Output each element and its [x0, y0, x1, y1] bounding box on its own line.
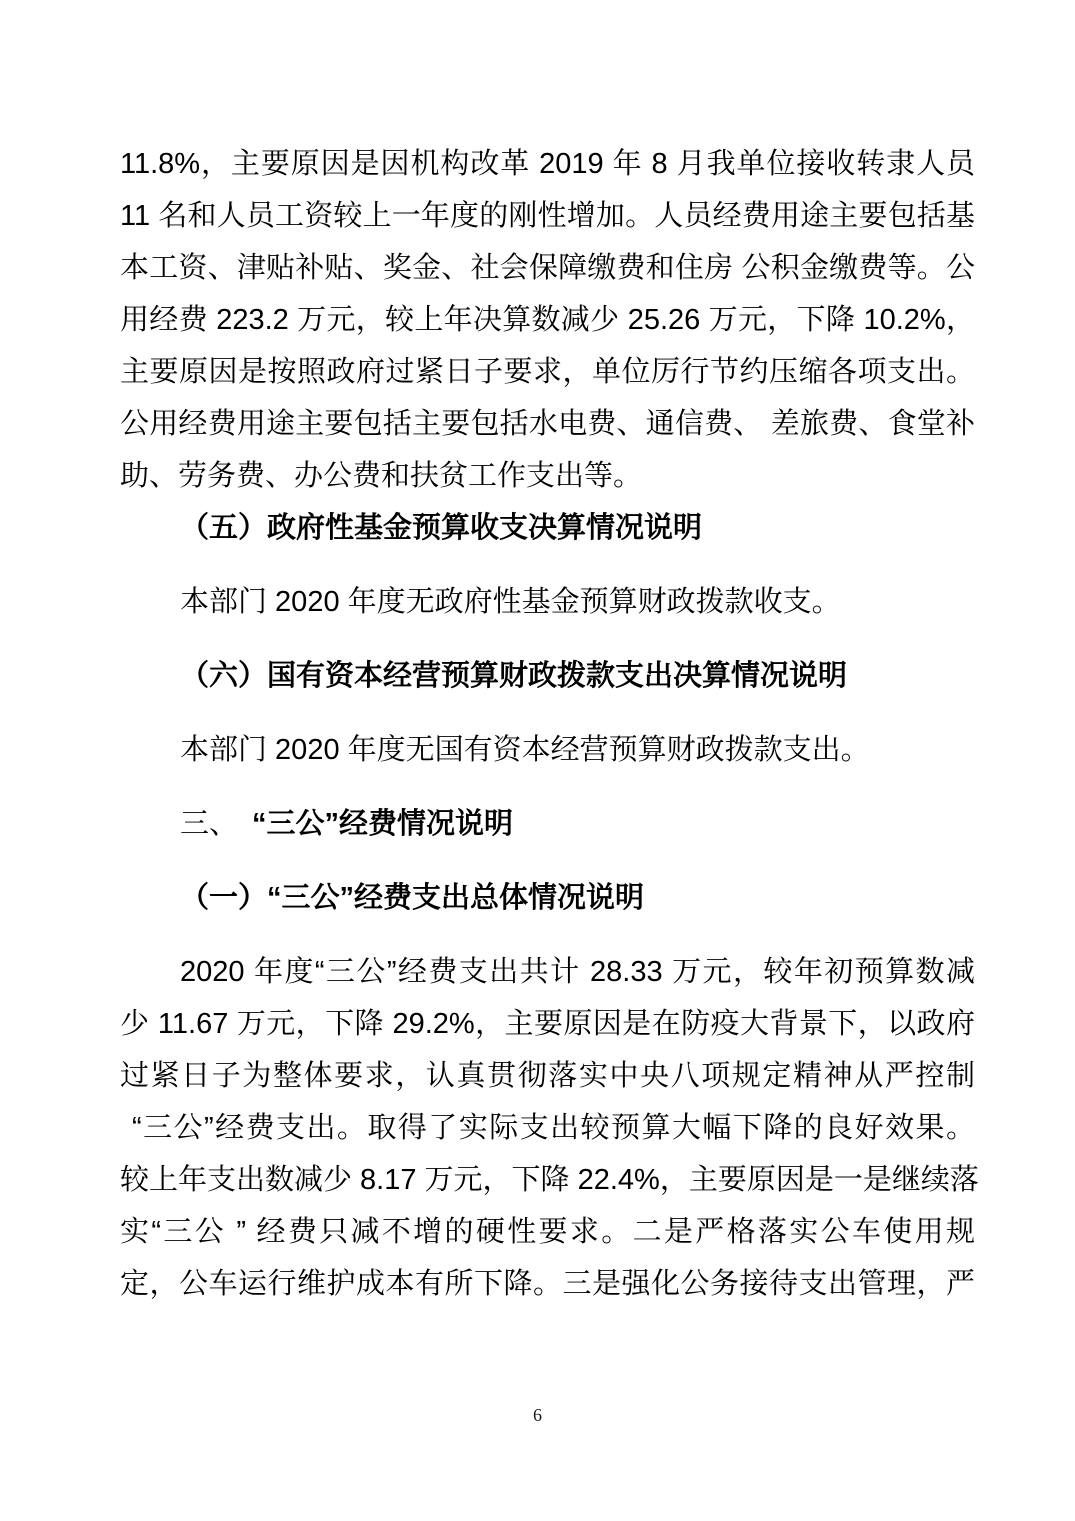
section-three-number: 三、	[180, 808, 238, 840]
section-heading-6: （六）国有资本经营预算财政拨款支出决算情况说明	[120, 650, 975, 702]
section-5-body: 本部门 2020 年度无政府性基金预算财政拨款收支。	[120, 576, 975, 628]
text-line: 实“三公 ” 经费只减不增的硬性要求。二是严格落实公车使用规	[120, 1206, 975, 1258]
text-line: 11.8%，主要原因是因机构改革 2019 年 8 月我单位接收转隶人员	[120, 138, 975, 190]
text-line: 本工资、津贴补贴、奖金、社会保障缴费和住房 公积金缴费等。公	[120, 242, 975, 294]
text-line: 少 11.67 万元，下降 29.2%，主要原因是在防疫大背景下，以政府	[120, 998, 975, 1050]
text-line: 主要原因是按照政府过紧日子要求，单位厉行节约压缩各项支出。	[120, 346, 975, 398]
document-body: 11.8%，主要原因是因机构改革 2019 年 8 月我单位接收转隶人员 11 …	[120, 138, 975, 1310]
paragraph-personnel-expenses: 11.8%，主要原因是因机构改革 2019 年 8 月我单位接收转隶人员 11 …	[120, 138, 975, 502]
paragraph-sangong-expenses: 2020 年度“三公”经费支出共计 28.33 万元，较年初预算数减 少 11.…	[120, 946, 975, 1310]
section-heading-three: 三、“三公”经费情况说明	[120, 798, 975, 850]
section-heading-5: （五）政府性基金预算收支决算情况说明	[120, 502, 975, 554]
text-line: 定，公车运行维护成本有所下降。三是强化公务接待支出管理，严	[120, 1258, 975, 1310]
text-line: 11 名和人员工资较上一年度的刚性增加。人员经费用途主要包括基	[120, 190, 975, 242]
text-line: 助、劳务费、办公费和扶贫工作支出等。	[120, 450, 975, 502]
text-line: “三公”经费支出。取得了实际支出较预算大幅下降的良好效果。	[120, 1102, 975, 1154]
text-line: 较上年支出数减少 8.17 万元，下降 22.4%，主要原因是一是继续落	[120, 1154, 975, 1206]
page-number: 6	[0, 1403, 1075, 1427]
section-6-body: 本部门 2020 年度无国有资本经营预算财政拨款支出。	[120, 724, 975, 776]
text-line: 用经费 223.2 万元，较上年决算数减少 25.26 万元，下降 10.2%，	[120, 294, 975, 346]
text-line: 公用经费用途主要包括主要包括水电费、通信费、 差旅费、食堂补	[120, 398, 975, 450]
section-three-title: “三公”经费情况说明	[252, 808, 513, 840]
section-heading-three-1: （一）“三公”经费支出总体情况说明	[120, 872, 975, 924]
text-line: 2020 年度“三公”经费支出共计 28.33 万元，较年初预算数减	[120, 946, 975, 998]
document-page: 11.8%，主要原因是因机构改革 2019 年 8 月我单位接收转隶人员 11 …	[0, 0, 1075, 1521]
text-line: 过紧日子为整体要求，认真贯彻落实中央八项规定精神从严控制	[120, 1050, 975, 1102]
